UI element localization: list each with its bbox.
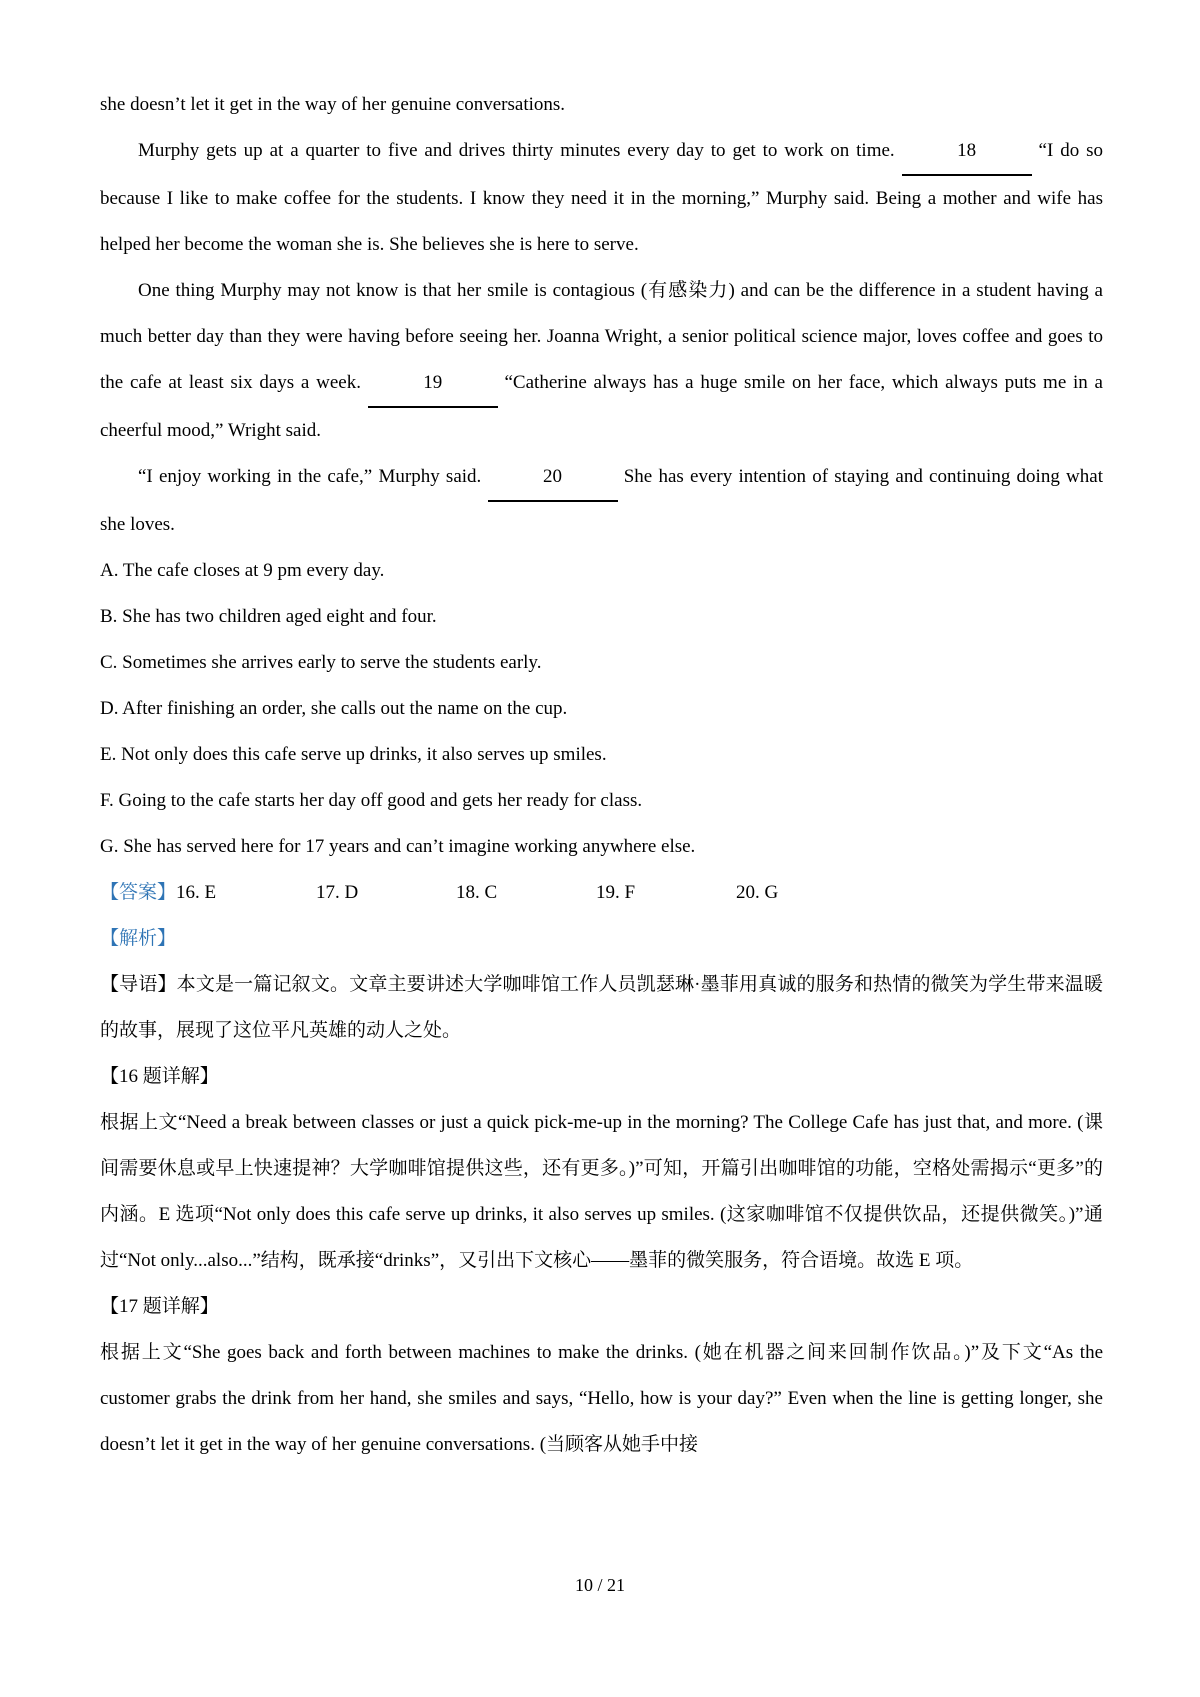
q16-explanation: 根据上文“Need a break between classes or jus… <box>100 1100 1103 1284</box>
passage-paragraph-2: Murphy gets up at a quarter to five and … <box>100 128 1103 268</box>
passage-paragraph-3: One thing Murphy may not know is that he… <box>100 268 1103 454</box>
passage-paragraph-4: “I enjoy working in the cafe,” Murphy sa… <box>100 454 1103 548</box>
answer-label: 【答案】 <box>100 882 176 903</box>
option-F: F. Going to the cafe starts her day off … <box>100 778 1103 824</box>
passage-text: she doesn’t let it get in the way of her… <box>100 94 565 115</box>
analysis-intro-paragraph: 【导语】本文是一篇记叙文。文章主要讲述大学咖啡馆工作人员凯瑟琳·墨菲用真诚的服务… <box>100 962 1103 1054</box>
blank-18: 18 <box>902 128 1032 176</box>
page-content: she doesn’t let it get in the way of her… <box>100 82 1103 1468</box>
intro-label: 【导语】 <box>100 974 177 995</box>
passage-text: Murphy gets up at a quarter to five and … <box>138 140 902 161</box>
answer-17: 17. D <box>316 870 424 916</box>
intro-text: 本文是一篇记叙文。文章主要讲述大学咖啡馆工作人员凯瑟琳·墨菲用真诚的服务和热情的… <box>100 974 1103 1041</box>
answer-18: 18. C <box>456 870 564 916</box>
answer-16: 16. E <box>176 870 284 916</box>
blank-19: 19 <box>368 360 498 408</box>
q17-heading: 【17 题详解】 <box>100 1284 1103 1330</box>
option-B: B. She has two children aged eight and f… <box>100 594 1103 640</box>
passage-paragraph-1: she doesn’t let it get in the way of her… <box>100 82 1103 128</box>
answer-key-row: 【答案】16. E17. D18. C19. F20. G <box>100 870 1103 916</box>
option-G: G. She has served here for 17 years and … <box>100 824 1103 870</box>
page-number: 10 / 21 <box>0 1562 1200 1608</box>
option-C: C. Sometimes she arrives early to serve … <box>100 640 1103 686</box>
option-A: A. The cafe closes at 9 pm every day. <box>100 548 1103 594</box>
answer-19: 19. F <box>596 870 704 916</box>
analysis-section-label: 【解析】 <box>100 916 1103 962</box>
analysis-label: 【解析】 <box>100 928 176 949</box>
option-E: E. Not only does this cafe serve up drin… <box>100 732 1103 778</box>
q16-heading: 【16 题详解】 <box>100 1054 1103 1100</box>
passage-text: “I enjoy working in the cafe,” Murphy sa… <box>138 466 488 487</box>
blank-20: 20 <box>488 454 618 502</box>
answer-20: 20. G <box>736 870 844 916</box>
option-D: D. After finishing an order, she calls o… <box>100 686 1103 732</box>
document-page: she doesn’t let it get in the way of her… <box>0 0 1200 1697</box>
q17-explanation: 根据上文“She goes back and forth between mac… <box>100 1330 1103 1468</box>
